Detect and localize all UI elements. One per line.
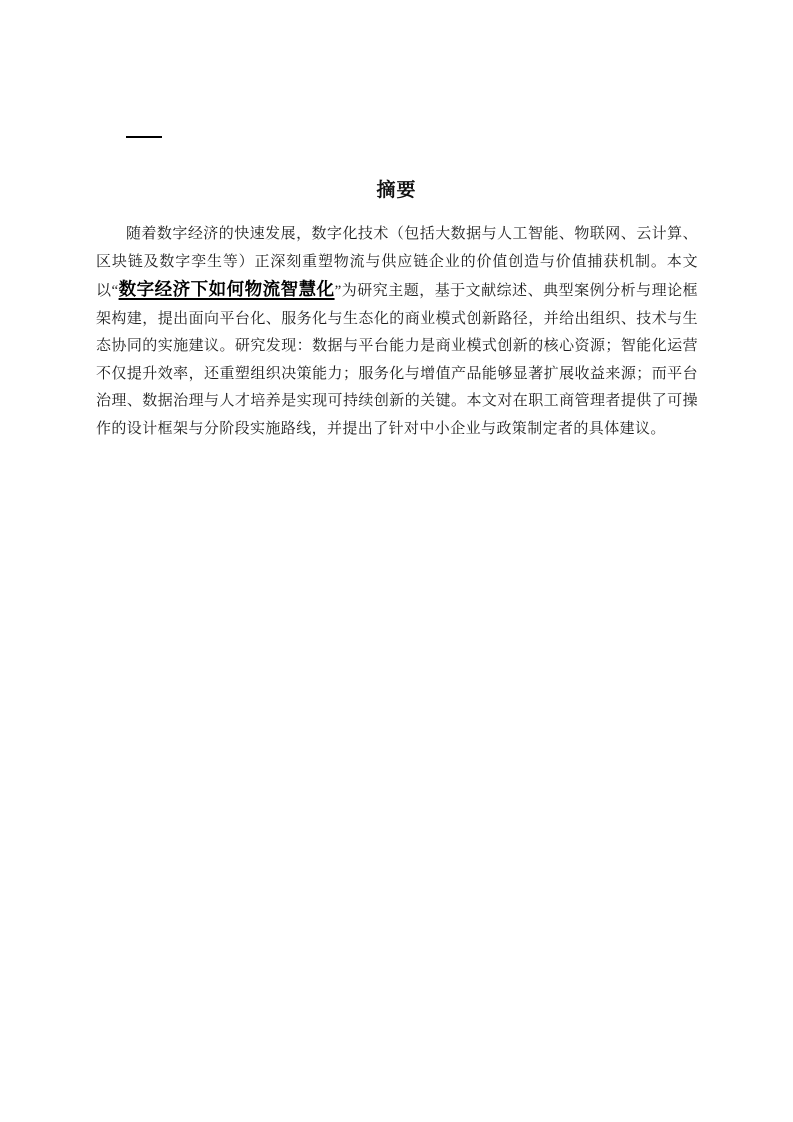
abstract-highlight-phrase: 数字经济下如何物流智慧化 <box>119 279 335 299</box>
abstract-paragraph: 随着数字经济的快速发展，数字化技术（包括大数据与人工智能、物联网、云计算、区块链… <box>96 221 698 443</box>
abstract-text-suffix: ”为研究主题，基于文献综述、典型案例分析与理论框架构建，提出面向平台化、服务化与… <box>96 283 698 437</box>
document-page: 摘要 随着数字经济的快速发展，数字化技术（包括大数据与人工智能、物联网、云计算、… <box>0 0 793 1122</box>
header-rule <box>126 136 162 138</box>
abstract-title: 摘要 <box>0 175 793 202</box>
